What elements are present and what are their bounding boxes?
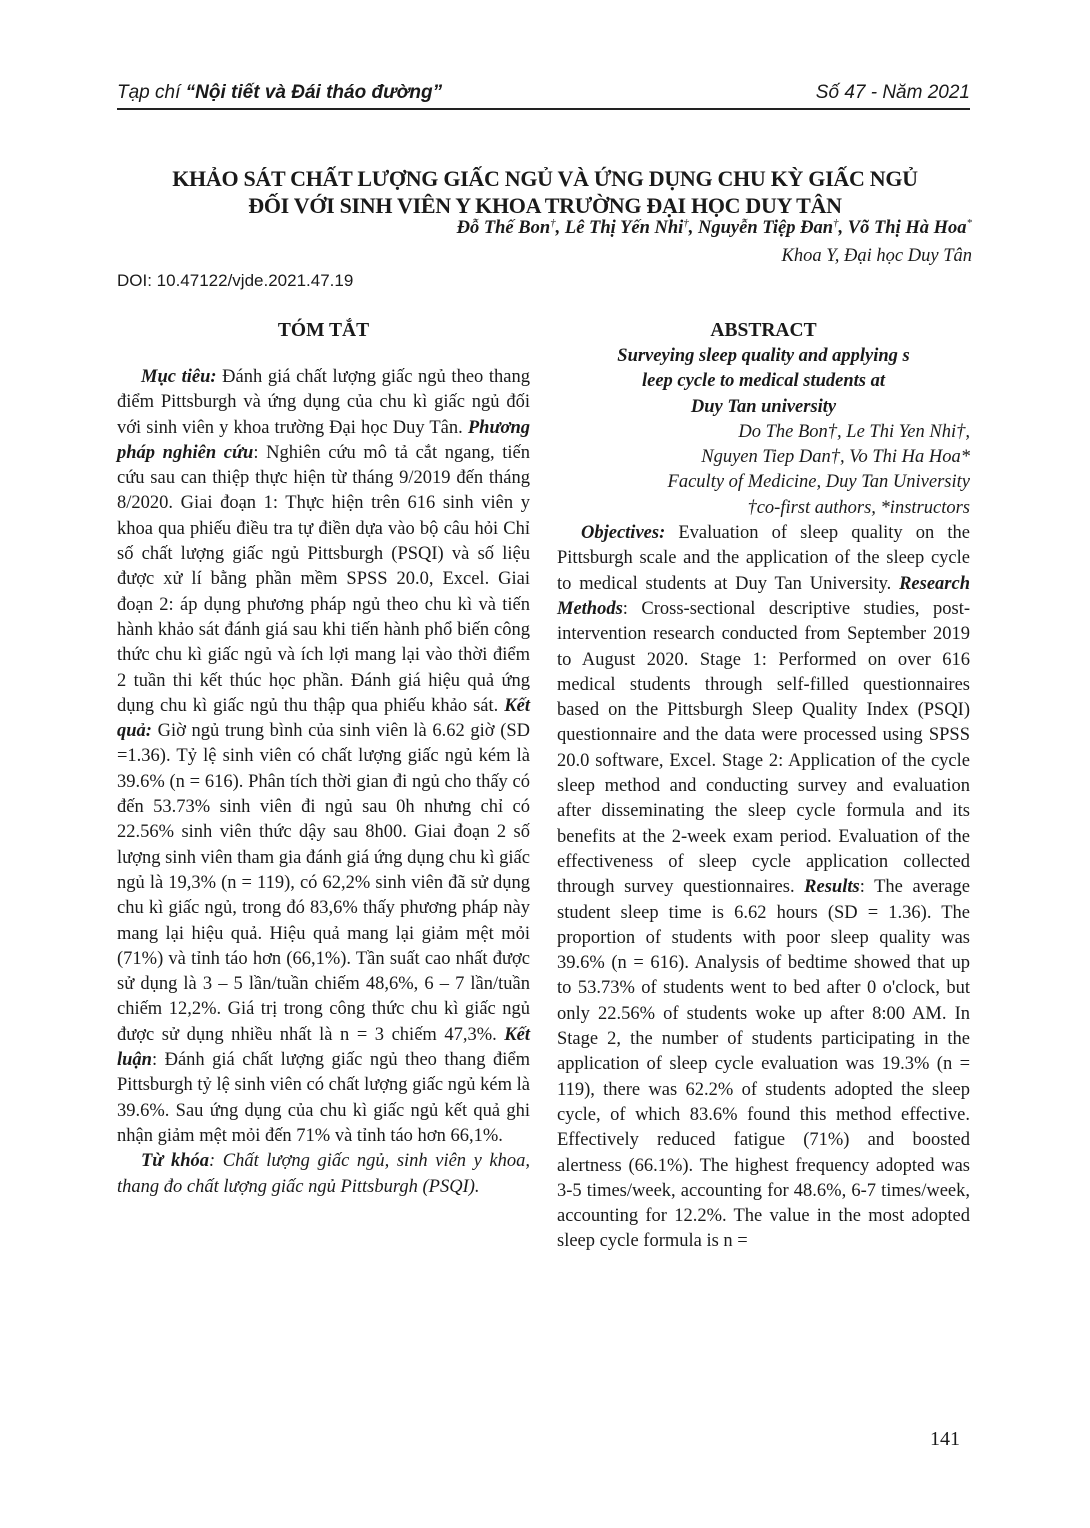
author: Võ Thị Hà Hoa* [848,218,972,238]
author-name: Nguyễn Tiệp Đan [698,218,833,238]
title-line-2: ĐỐI VỚI SINH VIÊN Y KHOA TRƯỜNG ĐẠI HỌC … [110,192,980,219]
label-keywords: Từ khóa [141,1151,209,1171]
author-mark: † [550,217,556,229]
methods-text: : Cross-sectional descriptive studies, p… [557,599,970,897]
author-name: Đỗ Thế Bon [457,218,551,238]
results-text: : The average student sleep time is 6.62… [557,877,970,1251]
conclusion-text: : Đánh giá chất lượng giấc ngủ theo than… [117,1050,530,1146]
methods-text: : Nghiên cứu mô tả cắt ngang, tiến cứu s… [117,443,530,716]
author-mark: † [683,217,689,229]
english-authors-line-1: Do The Bon†, Le Thi Yen Nhi†, [557,420,970,445]
journal-page: Tạp chí “Nội tiết và Đái tháo đường” Số … [0,0,1090,1528]
label-objectives: Mục tiêu: [141,367,217,387]
abstract-body: Objectives: Evaluation of sleep quality … [557,521,970,1255]
english-affiliation: Faculty of Medicine, Duy Tan University [557,470,970,495]
english-title-line-1: Surveying sleep quality and applying s [557,344,970,369]
english-authors: Do The Bon†, Le Thi Yen Nhi†, Nguyen Tie… [557,420,970,521]
section-heading: TÓM TẮT [117,318,530,344]
author-list: Đỗ Thế Bon†, Lê Thị Yến Nhi†, Nguyễn Tiệ… [457,218,972,239]
english-title-line-2: leep cycle to medical students at [557,369,970,394]
results-text: Giờ ngủ trung bình của sinh viên là 6.62… [117,721,530,1045]
author-note: †co-first authors, *instructors [557,496,970,521]
author: Nguyễn Tiệp Đan† [698,218,838,238]
issue-info: Số 47 - Năm 2021 [816,82,970,104]
author-mark: * [967,217,973,229]
page-number: 141 [930,1428,960,1451]
english-abstract: ABSTRACT Surveying sleep quality and app… [557,318,970,1255]
english-title: Surveying sleep quality and applying s l… [557,344,970,420]
english-title-line-3: Duy Tan university [557,395,970,420]
keywords: Từ khóa: Chất lượng giấc ngủ, sinh viên … [117,1149,530,1200]
title-line-1: KHẢO SÁT CHẤT LƯỢNG GIẤC NGỦ VÀ ỨNG DỤNG… [110,165,980,192]
abstract-body: Mục tiêu: Đánh giá chất lượng giấc ngủ t… [117,365,530,1149]
doi-link[interactable]: DOI: 10.47122/vjde.2021.47.19 [117,271,353,291]
label-objectives: Objectives: [581,523,665,543]
author-name: Lê Thị Yến Nhi [565,218,683,238]
vietnamese-abstract: TÓM TẮT Mục tiêu: Đánh giá chất lượng gi… [117,318,530,1200]
journal-name: Tạp chí “Nội tiết và Đái tháo đường” [117,82,442,104]
article-title: KHẢO SÁT CHẤT LƯỢNG GIẤC NGỦ VÀ ỨNG DỤNG… [110,165,980,219]
author-mark: † [833,217,839,229]
author-name: Võ Thị Hà Hoa [848,218,967,238]
journal-prefix: Tạp chí [117,82,186,103]
section-heading: ABSTRACT [557,318,970,344]
journal-title: “Nội tiết và Đái tháo đường” [186,82,442,103]
affiliation: Khoa Y, Đại học Duy Tân [781,246,972,267]
author: Lê Thị Yến Nhi† [565,218,689,238]
english-authors-line-2: Nguyen Tiep Dan†, Vo Thi Ha Hoa* [557,445,970,470]
running-header: Tạp chí “Nội tiết và Đái tháo đường” Số … [117,80,970,110]
label-results: Results [804,877,860,897]
author: Đỗ Thế Bon† [457,218,556,238]
